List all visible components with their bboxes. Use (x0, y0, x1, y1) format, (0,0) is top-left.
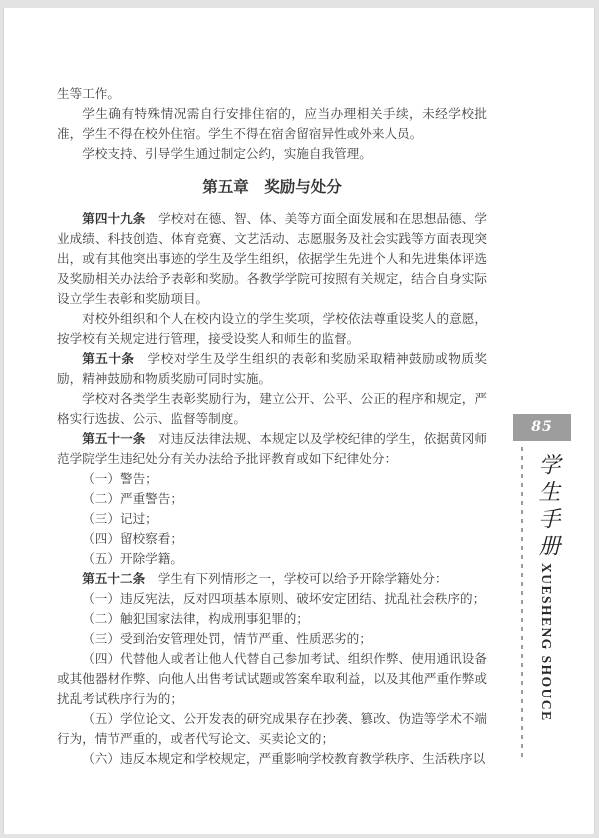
paragraph: （五）学位论文、公开发表的研究成果存在抄袭、篡改、伪造等学术不端行为，情节严重的… (57, 709, 487, 749)
article-number: 第五十一条 (82, 432, 145, 446)
page-number: 85 (531, 419, 552, 435)
article-number: 第五十条 (82, 352, 134, 366)
paragraph: 生等工作。 (57, 84, 487, 104)
paragraph: （六）违反本规定和学校规定，严重影响学校教育教学秩序、生活秩序以 (57, 749, 487, 769)
sidebar-divider (521, 447, 523, 760)
sidebar-title-pinyin: XUESHENG SHOUCE (538, 563, 554, 722)
sidebar-title-chinese: 学生手册 (532, 453, 563, 561)
paragraph: （三）记过； (57, 509, 487, 529)
page-number-badge: 85 (513, 414, 571, 441)
paragraph: （二）严重警告； (57, 489, 487, 509)
handbook-page: 生等工作。学生确有特殊情况需自行安排住宿的，应当办理相关手续，未经学校批准，学生… (3, 8, 595, 834)
article-number: 第四十九条 (82, 212, 145, 226)
paragraph: （一）违反宪法，反对四项基本原则、破坏安定团结、扰乱社会秩序的； (57, 589, 487, 609)
paragraph: （一）警告； (57, 469, 487, 489)
paragraph: （三）受到治安管理处罚，情节严重、性质恶劣的； (57, 629, 487, 649)
chapter-heading: 第五章 奖励与处分 (57, 178, 487, 198)
article-paragraph: 第四十九条 学校对在德、智、体、美等方面全面发展和在思想品德、学业成绩、科技创造… (57, 209, 487, 309)
paragraph: 学校对各类学生表彰奖励行为，建立公开、公平、公正的程序和规定，严格实行选拔、公示… (57, 389, 487, 429)
paragraph: 学生确有特殊情况需自行安排住宿的，应当办理相关手续，未经学校批准，学生不得在校外… (57, 104, 487, 144)
paragraph: 学校支持、引导学生通过制定公约，实施自我管理。 (57, 144, 487, 164)
paragraph: 对校外组织和个人在校内设立的学生奖项，学校依法尊重设奖人的意愿，按学校有关规定进… (57, 309, 487, 349)
article-paragraph: 第五十一条 对违反法律法规、本规定以及学校纪律的学生，依据黄冈师范学院学生违纪处… (57, 429, 487, 469)
article-number: 第五十二条 (82, 572, 145, 586)
paragraph: （四）留校察看； (57, 529, 487, 549)
paragraph: （二）触犯国家法律，构成刑事犯罪的； (57, 609, 487, 629)
paragraph: （四）代替他人或者让他人代替自己参加考试、组织作弊、使用通讯设备或其他器材作弊、… (57, 649, 487, 709)
article-paragraph: 第五十条 学校对学生及学生组织的表彰和奖励采取精神鼓励或物质奖励，精神鼓励和物质… (57, 349, 487, 389)
paragraph: （五）开除学籍。 (57, 549, 487, 569)
document-body: 生等工作。学生确有特殊情况需自行安排住宿的，应当办理相关手续，未经学校批准，学生… (57, 84, 487, 769)
article-paragraph: 第五十二条 学生有下列情形之一，学校可以给予开除学籍处分： (57, 569, 487, 589)
